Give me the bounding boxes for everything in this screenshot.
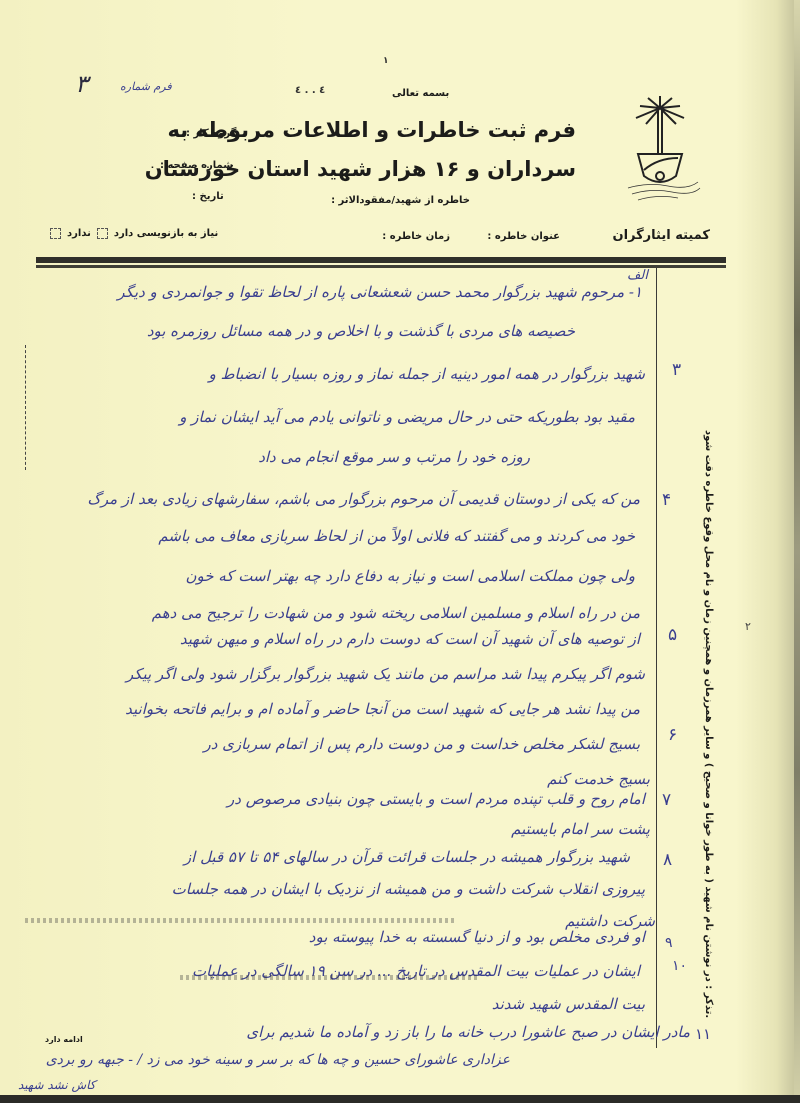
- entry-number: ۴: [662, 490, 671, 510]
- entry-7-line-1: امام روح و قلب تپنده مردم است و بایستی چ…: [227, 790, 645, 808]
- scan-noise: [25, 918, 455, 923]
- memory-time-label: زمان خاطره :: [382, 231, 450, 242]
- entry-1-line-2: خصیصه های مردی با گذشت و با اخلاص و در ه…: [147, 322, 575, 340]
- left-dotted-margin: [25, 345, 27, 470]
- entry-number: ۳: [672, 360, 681, 380]
- work-group-label: گروه کار :: [186, 128, 236, 139]
- no-rewrite-checkbox[interactable]: [50, 228, 61, 239]
- entry-number: ۱۱: [695, 1025, 711, 1043]
- entry-10-line-2: بیت المقدس شهید شدند: [492, 995, 645, 1013]
- entry-8-line-1: شهید بزرگوار همیشه در جلسات قرائت قرآن د…: [184, 848, 630, 866]
- memory-from-label: خاطره از شهید/مفقودالاثر :: [331, 195, 470, 206]
- side-instruction-note: تذکر : در نوشتن نام شهید ( به طور خوانا …: [700, 430, 714, 1018]
- entry-7-line-2: پشت سر امام بایستیم: [511, 820, 650, 838]
- header-divider-thick: [36, 257, 726, 263]
- entry-11-line-3: کاش نشد شهید: [18, 1078, 96, 1092]
- entry-number: ۷: [662, 790, 671, 810]
- entry-4-line-4: من در راه اسلام و مسلمین اسلامی ریخته شو…: [152, 604, 640, 622]
- stray-mark: ۲: [745, 620, 751, 633]
- section-marker: الف: [627, 268, 648, 283]
- committee-name: کمیته ایثارگران: [612, 228, 710, 243]
- scan-bottom-edge: [0, 1095, 800, 1103]
- scan-noise: [180, 975, 480, 980]
- scanned-form-page: ١ ٤ . . ٤ بسمه تعالی فرم شماره ۳ فرم ثبت…: [0, 0, 800, 1103]
- entry-8-line-2: پیروزی انقلاب شرکت داشت و من همیشه از نز…: [172, 880, 645, 898]
- besmeh-heading: بسمه تعالی: [392, 88, 449, 99]
- entry-5-line-2: شوم اگر پیکرم پیدا شد مراسم من مانند یک …: [126, 665, 645, 683]
- entry-1-line-1: ۱- مرحوم شهید بزرگوار محمد حسن شعشعانی پ…: [117, 283, 642, 301]
- entry-4-line-2: خود می کردند و می گفتند که فلانی اولاً م…: [158, 527, 635, 545]
- date-label: تاریخ :: [192, 191, 224, 202]
- entry-3-line-3: روزه خود را مرتب و سر موقع انجام می داد: [258, 448, 530, 466]
- page-number-label: شماره صفحه :: [160, 160, 233, 171]
- entry-number: ۵: [668, 625, 677, 645]
- form-code-marks: ٤ . . ٤: [295, 85, 325, 96]
- entry-4-line-3: ولی چون مملکت اسلامی است و نیاز به دفاع …: [186, 567, 636, 585]
- margin-line: [656, 268, 657, 1048]
- no-rewrite-label: ندارد: [67, 228, 91, 239]
- entry-5-line-1: از توصیه های آن شهید آن است که دوست دارم…: [180, 630, 640, 648]
- entry-number: ۶: [668, 725, 677, 745]
- entry-4-line-1: من که یکی از دوستان قدیمی آن مرحوم بزرگو…: [87, 490, 640, 508]
- entry-11-line-2: عزاداری عاشورای حسین و چه ها که بر سر و …: [46, 1052, 510, 1068]
- form-number-value: ۳: [75, 70, 88, 98]
- form-number-label: فرم شماره: [120, 80, 172, 93]
- rewrite-needed-checkbox[interactable]: [97, 228, 108, 239]
- rewrite-needed-label: نیاز به بازنویسی دارد: [114, 228, 218, 239]
- stray-mark: ١: [383, 56, 389, 66]
- continued-note: ادامه دارد: [45, 1035, 83, 1044]
- entry-6-line-1: بسیج لشکر مخلص خداست و من دوست دارم پس ا…: [203, 735, 640, 753]
- entry-9-line-1: او فردی مخلص بود و از دنیا گسسته به خدا …: [309, 928, 645, 946]
- scan-right-edge: [794, 0, 800, 1103]
- calligraphy-signature-icon: [628, 182, 700, 200]
- entry-5-line-3: من پیدا نشد هر جایی که شهید است من آنجا …: [125, 700, 640, 718]
- entry-3-line-1: شهید بزرگوار در همه امور دینیه از جمله ن…: [209, 365, 645, 383]
- memory-title-label: عنوان خاطره :: [487, 231, 560, 242]
- rewrite-options: نیاز به بازنویسی دارد ندارد: [50, 228, 218, 239]
- entry-3-line-2: مقید بود بطوریکه حتی در حال مریضی و ناتو…: [179, 408, 635, 426]
- entry-number: ۱۰: [672, 958, 687, 974]
- entry-number: ۹: [665, 935, 673, 951]
- entry-6-line-2: بسیج خدمت کنم: [547, 770, 650, 788]
- header-divider-thin: [36, 265, 726, 268]
- palm-tree-emblem-icon: [618, 96, 708, 206]
- entry-number: ۸: [663, 850, 672, 870]
- entry-11-line-1: مادر ایشان در صبح عاشورا درب خانه ما را …: [246, 1023, 690, 1041]
